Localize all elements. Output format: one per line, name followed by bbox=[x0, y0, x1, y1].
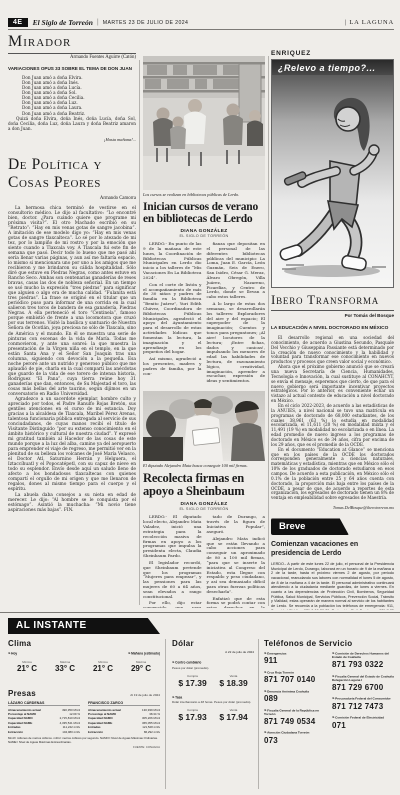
cursos-headline: Inician cursos de verano en bibliotecas … bbox=[143, 201, 265, 225]
exchange-block: ►Tasa Dólar interbancario a 48 horas. Pe… bbox=[172, 695, 254, 723]
politica-byline: Armando Camorra bbox=[8, 196, 136, 201]
phone-number: 871 749 0534 bbox=[264, 717, 326, 726]
exchange-note: Pesos por dólar (promedio). bbox=[172, 666, 254, 670]
column-separator bbox=[139, 60, 140, 605]
column-separator bbox=[258, 639, 259, 789]
rule bbox=[8, 53, 136, 54]
temperature-value: 33° C bbox=[46, 664, 84, 673]
temperature-value: 29° C bbox=[122, 664, 160, 673]
cursos-byline-block: DIANA GONZÁLEZ EL SIGLO DE TORREÓN bbox=[143, 229, 265, 238]
mirador-closing: Quizá doña Elvira, doña Inés, doña Lucía… bbox=[8, 116, 136, 131]
paragraph: A lo largo de estas dos semanas, se desa… bbox=[207, 302, 266, 384]
firmas-byline-block: DIANA GONZÁLEZ EL SIGLO DE TORREÓN bbox=[143, 502, 265, 511]
phone-entry: ►Emergencias 911 bbox=[264, 651, 326, 665]
temperature-cell: Máxima 33° C bbox=[46, 660, 84, 673]
header-divider: | bbox=[97, 19, 99, 26]
phone-number: 089 bbox=[264, 694, 326, 703]
ibero-byline: Por Tomás del Bosque bbox=[271, 310, 394, 318]
phone-entry: ►Fiscalía General de la República en Tor… bbox=[264, 708, 326, 726]
politica-title: De Política y Cosas Peores bbox=[8, 156, 136, 192]
dam-table-francisco-zarco: FRANCISCO ZARCO Almacenamiento actual 13… bbox=[88, 701, 160, 734]
breve-banner: Breve bbox=[271, 518, 349, 535]
phone-entry: ►Denuncia Anónima Coahuila 089 bbox=[264, 689, 326, 703]
cursos-body: LERDO.- En punto de las 9 de la mañana d… bbox=[143, 242, 265, 386]
paragraph: LERDO.- El diputado local electo, Alejan… bbox=[143, 515, 202, 558]
temperature-value: 21° C bbox=[84, 664, 122, 673]
paragraph: Por ello, dijo estar convencido que para… bbox=[143, 601, 202, 608]
phone-label: ►Procuraduría Federal del Consumidor bbox=[332, 696, 394, 701]
exchange-name: ►Tasa bbox=[172, 695, 254, 700]
phone-number: 871 729 6700 bbox=[332, 683, 394, 692]
phone-label: ►Comisión de Derechos Humanos del Estado… bbox=[332, 651, 394, 660]
library-photo bbox=[143, 56, 265, 190]
dollar-as-of-date: A 22 de julio de 2024 bbox=[172, 650, 254, 654]
ibero-subhead: LA EDUCACIÓN A NIVEL DOCTORADO EN MÉXICO bbox=[271, 326, 394, 332]
ibero-body: El desarrollo regional en una sociedad d… bbox=[271, 336, 394, 501]
page-number-badge: 4E bbox=[8, 18, 28, 27]
paragraph: Así mismo, agradeció a los presentes, ma… bbox=[143, 357, 202, 376]
page-header: 4E El Siglo de Torreón | MARTES 23 DE JU… bbox=[8, 16, 394, 30]
mirador-verse-list: Don Juan amó a doña Elvira.Don Juan amó … bbox=[8, 75, 136, 116]
dam-metric-value: 104,080 m3/s bbox=[62, 730, 80, 734]
library-photo-caption: Los cursos se realizan en bibliotecas pú… bbox=[143, 192, 265, 197]
firmas-body-col1: LERDO.- El diputado local electo, Alejan… bbox=[143, 515, 202, 608]
temperature-value: 21° C bbox=[8, 664, 46, 673]
dam-metric-label: Extracción bbox=[88, 730, 103, 734]
phone-number: 871 712 7473 bbox=[332, 702, 394, 711]
phone-label: ►Fiscalía General de la República en Tor… bbox=[264, 708, 326, 717]
firmas-photo bbox=[143, 391, 265, 461]
paragraph: Con el corte de listón y el acompañamien… bbox=[143, 283, 202, 355]
mirador-title: Mirador bbox=[8, 33, 136, 51]
mirador-subhead: VARIACIONES OPUS 33 SOBRE EL TEMA DE DON… bbox=[8, 66, 136, 72]
dam-table-lazaro-cardenas: LÁZARO CÁRDENAS Almacenamiento actual 49… bbox=[8, 701, 80, 734]
exchange-block: ►Centro cambiario Pesos por dólar (prome… bbox=[172, 660, 254, 688]
section-name: | LA LAGUNA bbox=[345, 19, 394, 26]
paragraph: En el documento “Education at Glance” se… bbox=[271, 448, 394, 501]
firmas-body: LERDO.- El diputado local electo, Alejan… bbox=[143, 515, 265, 608]
editorial-cartoon: ¿Relevo a tiempo?... bbox=[271, 59, 394, 288]
al-instante-banner: AL INSTANTE bbox=[8, 618, 160, 634]
phone-entry: ►Fiscalía General del Estado de Coahuila… bbox=[332, 674, 394, 692]
service-phones-panel: Teléfonos de Servicio ►Emergencias 911 ►… bbox=[264, 639, 394, 749]
firmas-credit: EL SIGLO DE TORREÓN bbox=[143, 507, 265, 511]
phone-label: ►Fiscalía General del Estado de Coahuila… bbox=[332, 674, 394, 683]
phone-number: 911 bbox=[264, 656, 326, 665]
exchange-name: ►Centro cambiario bbox=[172, 660, 254, 665]
cursos-body-col1: LERDO.- En punto de las 9 de la mañana d… bbox=[143, 242, 202, 386]
dams-source: FUENTE: CONAGUA bbox=[8, 745, 160, 749]
phone-number: 871 793 0322 bbox=[332, 660, 394, 669]
firmas-headline: Recolecta firmas en apoyo a Sheinbaum bbox=[143, 472, 265, 498]
phones-col2: ►Comisión de Derechos Humanos del Estado… bbox=[332, 651, 394, 749]
phone-entry: ►Cruz Roja Torreón 871 707 0140 bbox=[264, 670, 326, 684]
paragraph: Ahora que el próximo gobierno anunció qu… bbox=[271, 365, 394, 404]
paragraph: Enfatizó que de esta forma se podrá cont… bbox=[207, 597, 266, 608]
dam-row: Extracción 86,292 m3/s bbox=[88, 730, 160, 734]
cartoon-runner-drawing bbox=[272, 75, 393, 287]
dam-rows: Almacenamiento actual 490,350 Mm3 Porcen… bbox=[8, 708, 80, 735]
breve-body: LERDO.- A partir de este lunes 22 de jul… bbox=[271, 562, 394, 610]
column-separator bbox=[268, 56, 269, 606]
cursos-body-col2: fianza que depositan en el personal de l… bbox=[207, 242, 266, 386]
cursos-credit: EL SIGLO DE TORREÓN bbox=[143, 234, 265, 238]
mirador-byline: Armando Fuentes Aguirre (Catón) bbox=[8, 55, 136, 60]
temperature-row: Mínima 21° C Máxima 33° C Mínima 21° C bbox=[8, 660, 160, 673]
dam-metric-value: 86,292 m3/s bbox=[144, 730, 160, 734]
firmas-photo-caption: El diputado Alejandro Mata busca consegu… bbox=[143, 463, 265, 468]
firmas-body-col2: tado de Durango, a través de la figura d… bbox=[207, 515, 266, 608]
phone-entry: ►Comisión de Derechos Humanos del Estado… bbox=[332, 651, 394, 669]
phone-entry: ►Procuraduría Federal del Consumidor 871… bbox=[332, 696, 394, 710]
today-label: ►Hoy bbox=[8, 651, 17, 656]
dam-rows: Almacenamiento actual 130,939 Mm3 Porcen… bbox=[88, 708, 160, 735]
dollar-panel: Dólar A 22 de julio de 2024 ►Centro camb… bbox=[172, 639, 254, 729]
masthead: El Siglo de Torreón bbox=[33, 18, 93, 27]
temperature-cell: Mínima 21° C bbox=[8, 660, 46, 673]
paragraph: El desarrollo regional en una sociedad d… bbox=[271, 336, 394, 365]
column-separator bbox=[165, 639, 166, 789]
temperature-cell: Máxima 29° C bbox=[122, 660, 160, 673]
al-instante-section: AL INSTANTE Clima ►Hoy ►Mañana (estimado… bbox=[0, 612, 400, 795]
exchange-note: Dólar interbancario a 48 horas. Pesos po… bbox=[172, 700, 254, 704]
cartoon-caption: ¿Relevo a tiempo?... bbox=[272, 60, 393, 75]
ibero-signature: Tomas.DelBosque@iberotorreon.mx bbox=[271, 505, 394, 510]
paragraph: La hermosa chica terminó de vestirse en … bbox=[8, 206, 136, 397]
newspaper-page: 4E El Siglo de Torreón | MARTES 23 DE JU… bbox=[0, 0, 400, 795]
phones-col1: ►Emergencias 911 ►Cruz Roja Torreón 871 … bbox=[264, 651, 326, 749]
dams-as-of-date: Al 19 de julio de 2024 bbox=[130, 693, 160, 697]
right-column: ENRÍQUEZ ¿Relevo a tiempo?... bbox=[271, 50, 394, 610]
sell-value: $ 18.39 bbox=[213, 678, 254, 688]
paragraph: tado de Durango, a través de la figura d… bbox=[207, 515, 266, 534]
tomorrow-label: ►Mañana (estimado) bbox=[128, 651, 160, 656]
weather-panel: Clima ►Hoy ►Mañana (estimado) Mínima 21°… bbox=[8, 639, 160, 673]
dam-metric-label: Extracción bbox=[8, 730, 23, 734]
paragraph: El legislador recordó, que Sheinbaum pre… bbox=[143, 561, 202, 600]
phone-number: 071 bbox=[332, 721, 394, 730]
paragraph: Alejandro Mata indicó que se están lleva… bbox=[207, 537, 266, 595]
buy-value: $ 17.39 bbox=[172, 678, 213, 688]
dams-title: Presas bbox=[8, 689, 36, 698]
paragraph: En el ciclo 2022-2023, de acuerdo a las … bbox=[271, 404, 394, 448]
breve-headline: Comienzan vacaciones en presidencia de L… bbox=[271, 541, 394, 558]
cartoonist-name: ENRÍQUEZ bbox=[271, 50, 394, 57]
weather-title: Clima bbox=[8, 639, 160, 648]
phone-entry: ►Atención Ciudadana Torreón 073 bbox=[264, 730, 326, 744]
paragraph: La abuela daba consejos a su nieta en ed… bbox=[8, 493, 136, 513]
dam-name: FRANCISCO ZARCO bbox=[88, 701, 160, 706]
ibero-title: Ibero Transforma bbox=[271, 292, 394, 308]
dam-name: LÁZARO CÁRDENAS bbox=[8, 701, 80, 706]
dam-row: Extracción 104,080 m3/s bbox=[8, 730, 80, 734]
paragraph: fianza que depositan en el personal de l… bbox=[207, 242, 266, 300]
dams-panel: Presas Al 19 de julio de 2024 LÁZARO CÁR… bbox=[8, 689, 160, 749]
temperature-cell: Mínima 21° C bbox=[84, 660, 122, 673]
paragraph: LERDO.- En punto de las 9 de la mañana d… bbox=[143, 242, 202, 281]
sell-value: $ 17.94 bbox=[213, 712, 254, 722]
dollar-blocks: ►Centro cambiario Pesos por dólar (prome… bbox=[172, 660, 254, 722]
phones-title: Teléfonos de Servicio bbox=[264, 639, 394, 648]
paragraph: Agradezco a un sacerdote ejemplar, hombr… bbox=[8, 397, 136, 493]
middle-column: Los cursos se realizan en bibliotecas pú… bbox=[143, 56, 265, 608]
mirador-signoff: ¡Hasta mañana!... bbox=[8, 137, 136, 142]
phone-entry: ►Comisión Federal de Electricidad 071 bbox=[332, 715, 394, 729]
dams-footnote: Mm3= millones de metros cúbicos. m3/s= m… bbox=[8, 737, 160, 745]
buy-value: $ 17.93 bbox=[172, 712, 213, 722]
dollar-title: Dólar bbox=[172, 639, 254, 648]
left-column: Mirador Armando Fuentes Aguirre (Catón) … bbox=[8, 33, 136, 610]
phone-number: 073 bbox=[264, 736, 326, 745]
edition-date: MARTES 23 DE JULIO DE 2024 bbox=[103, 20, 189, 26]
politica-body: La hermosa chica terminó de vestirse en … bbox=[8, 206, 136, 513]
phone-number: 871 707 0140 bbox=[264, 675, 326, 684]
